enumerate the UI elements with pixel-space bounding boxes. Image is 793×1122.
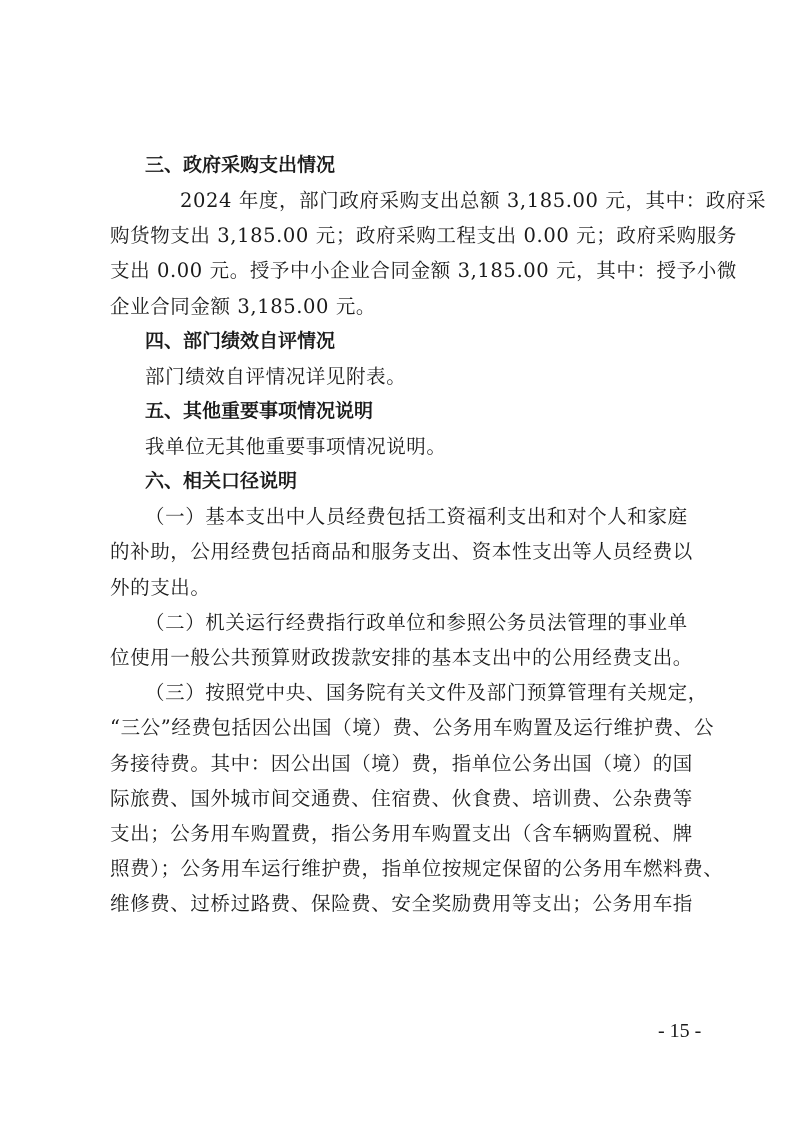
- text-line: 我单位无其他重要事项情况说明。: [110, 429, 700, 464]
- text-line: （二）机关运行经费指行政单位和参照公务员法管理的事业单: [110, 605, 700, 640]
- text-line: （一）基本支出中人员经费包括工资福利支出和对个人和家庭: [110, 499, 700, 534]
- performance-paragraph: 部门绩效自评情况详见附表。: [110, 359, 700, 394]
- section-heading-definitions: 六、相关口径说明: [110, 464, 700, 499]
- definition-paragraph-2: （二）机关运行经费指行政单位和参照公务员法管理的事业单 位使用一般公共预算财政拨…: [110, 605, 700, 675]
- page-number: - 15 -: [658, 1020, 701, 1043]
- text-line: “三公”经费包括因公出国（境）费、公务用车购置及运行维护费、公: [75, 710, 700, 745]
- section-heading-procurement: 三、政府采购支出情况: [110, 148, 700, 183]
- document-page: 三、政府采购支出情况 2024 年度，部门政府采购支出总额 3,185.00 元…: [110, 148, 700, 922]
- text-line: 际旅费、国外城市间交通费、住宿费、伙食费、培训费、公杂费等: [75, 781, 700, 816]
- text-line: 照费）；公务用车运行维护费，指单位按规定保留的公务用车燃料费、: [75, 851, 700, 886]
- text-line: 的补助，公用经费包括商品和服务支出、资本性支出等人员经费以: [75, 534, 700, 569]
- definition-paragraph-3: （三）按照党中央、国务院有关文件及部门预算管理有关规定， “三公”经费包括因公出…: [110, 675, 700, 921]
- section-heading-other-matters: 五、其他重要事项情况说明: [110, 394, 700, 429]
- text-line: 2024 年度，部门政府采购支出总额 3,185.00 元，其中：政府采: [110, 183, 700, 218]
- text-line: 外的支出。: [75, 570, 700, 605]
- section-heading-performance: 四、部门绩效自评情况: [110, 324, 700, 359]
- definition-paragraph-1: （一）基本支出中人员经费包括工资福利支出和对个人和家庭 的补助，公用经费包括商品…: [110, 499, 700, 605]
- text-line: 部门绩效自评情况详见附表。: [110, 359, 700, 394]
- text-line: 购货物支出 3,185.00 元；政府采购工程支出 0.00 元；政府采购服务: [75, 218, 700, 253]
- text-line: 维修费、过桥过路费、保险费、安全奖励费用等支出；公务用车指: [75, 886, 700, 921]
- text-line: 位使用一般公共预算财政拨款安排的基本支出中的公用经费支出。: [75, 640, 700, 675]
- other-matters-paragraph: 我单位无其他重要事项情况说明。: [110, 429, 700, 464]
- procurement-paragraph: 2024 年度，部门政府采购支出总额 3,185.00 元，其中：政府采 购货物…: [110, 183, 700, 324]
- text-line: 支出；公务用车购置费，指公务用车购置支出（含车辆购置税、牌: [75, 816, 700, 851]
- text-line: 企业合同金额 3,185.00 元。: [75, 289, 700, 324]
- text-line: （三）按照党中央、国务院有关文件及部门预算管理有关规定，: [110, 675, 700, 710]
- text-line: 务接待费。其中：因公出国（境）费，指单位公务出国（境）的国: [75, 746, 700, 781]
- text-line: 支出 0.00 元。授予中小企业合同金额 3,185.00 元，其中：授予小微: [75, 253, 700, 288]
